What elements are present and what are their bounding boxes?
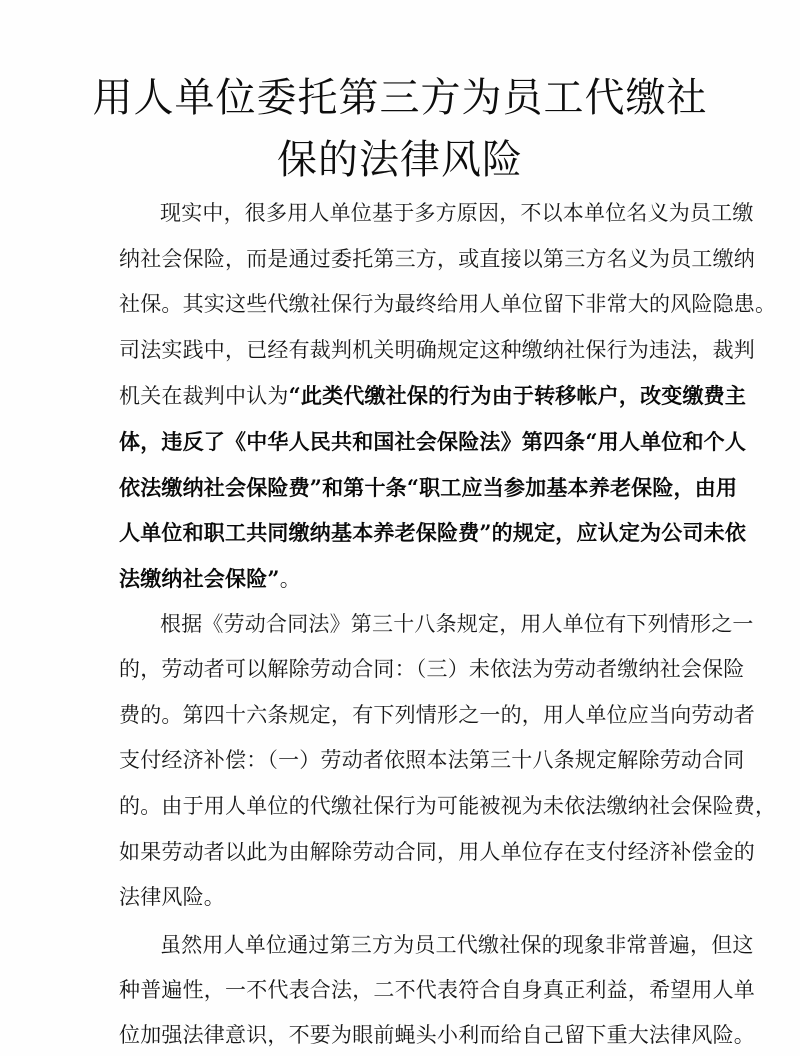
document-title-line-2: 保的法律风险 (0, 140, 800, 180)
paragraph-2-line-3: 费的。第四十六条规定，有下列情形之一的，用人单位应当向劳动者 (119, 705, 685, 726)
paragraph-1-line-3: 社保。其实这些代缴社保行为最终给用人单位留下非常大的风险隐患。 (119, 294, 685, 315)
paragraph-3-line-3: 位加强法律意识，不要为眼前蝇头小利而给自己留下重大法律风险。 (119, 1025, 685, 1046)
paragraph-1-line-5-bold: “此类代缴社保的行为由于转移帐户，改变缴费主 (289, 383, 746, 408)
paragraph-1-line-7: 依法缴纳社会保险费”和第十条“职工应当参加基本养老保险，由用 (119, 477, 685, 498)
paragraph-1-line-9-bold: 法缴纳社会保险” (119, 566, 280, 591)
document-title-line-1: 用人单位委托第三方为员工代缴社 (0, 78, 800, 118)
paragraph-2-line-4: 支付经济补偿：（一）劳动者依照本法第三十八条规定解除劳动合同 (119, 750, 685, 771)
paragraph-2-line-5: 的。由于用人单位的代缴社保行为可能被视为未依法缴纳社会保险费， (119, 796, 685, 817)
paragraph-1-line-5: 机关在裁判中认为“此类代缴社保的行为由于转移帐户，改变缴费主 (119, 385, 685, 407)
paragraph-1-line-4: 司法实践中，已经有裁判机关明确规定这种缴纳社保行为违法，裁判 (119, 340, 685, 361)
paragraph-1-line-6: 体，违反了《中华人民共和国社会保险法》第四条“用人单位和个人 (119, 431, 685, 452)
paragraph-3-line-2: 种普遍性，一不代表合法，二不代表符合自身真正利益，希望用人单 (119, 980, 685, 1001)
paragraph-1-line-2: 纳社会保险，而是通过委托第三方，或直接以第三方名义为员工缴纳 (119, 249, 685, 270)
paragraph-2-line-7: 法律风险。 (119, 887, 685, 908)
paragraph-1-line-1: 现实中，很多用人单位基于多方原因，不以本单位名义为员工缴 (160, 203, 685, 224)
paragraph-1-line-9: 法缴纳社会保险”。 (119, 568, 685, 590)
paragraph-2-line-1: 根据《劳动合同法》第三十八条规定，用人单位有下列情形之一 (160, 614, 685, 635)
document-page: 用人单位委托第三方为员工代缴社 保的法律风险 现实中，很多用人单位基于多方原因，… (0, 0, 800, 1056)
paragraph-1-line-9-plain: 。 (280, 567, 301, 591)
paragraph-1-line-8: 人单位和职工共同缴纳基本养老保险费”的规定，应认定为公司未依 (119, 522, 685, 543)
paragraph-3-line-1: 虽然用人单位通过第三方为员工代缴社保的现象非常普遍，但这 (160, 935, 685, 956)
paragraph-2-line-2: 的，劳动者可以解除劳动合同：（三）未依法为劳动者缴纳社会保险 (119, 659, 685, 680)
paragraph-1-line-5-plain: 机关在裁判中认为 (119, 384, 289, 408)
paragraph-2-line-6: 如果劳动者以此为由解除劳动合同，用人单位存在支付经济补偿金的 (119, 842, 685, 863)
